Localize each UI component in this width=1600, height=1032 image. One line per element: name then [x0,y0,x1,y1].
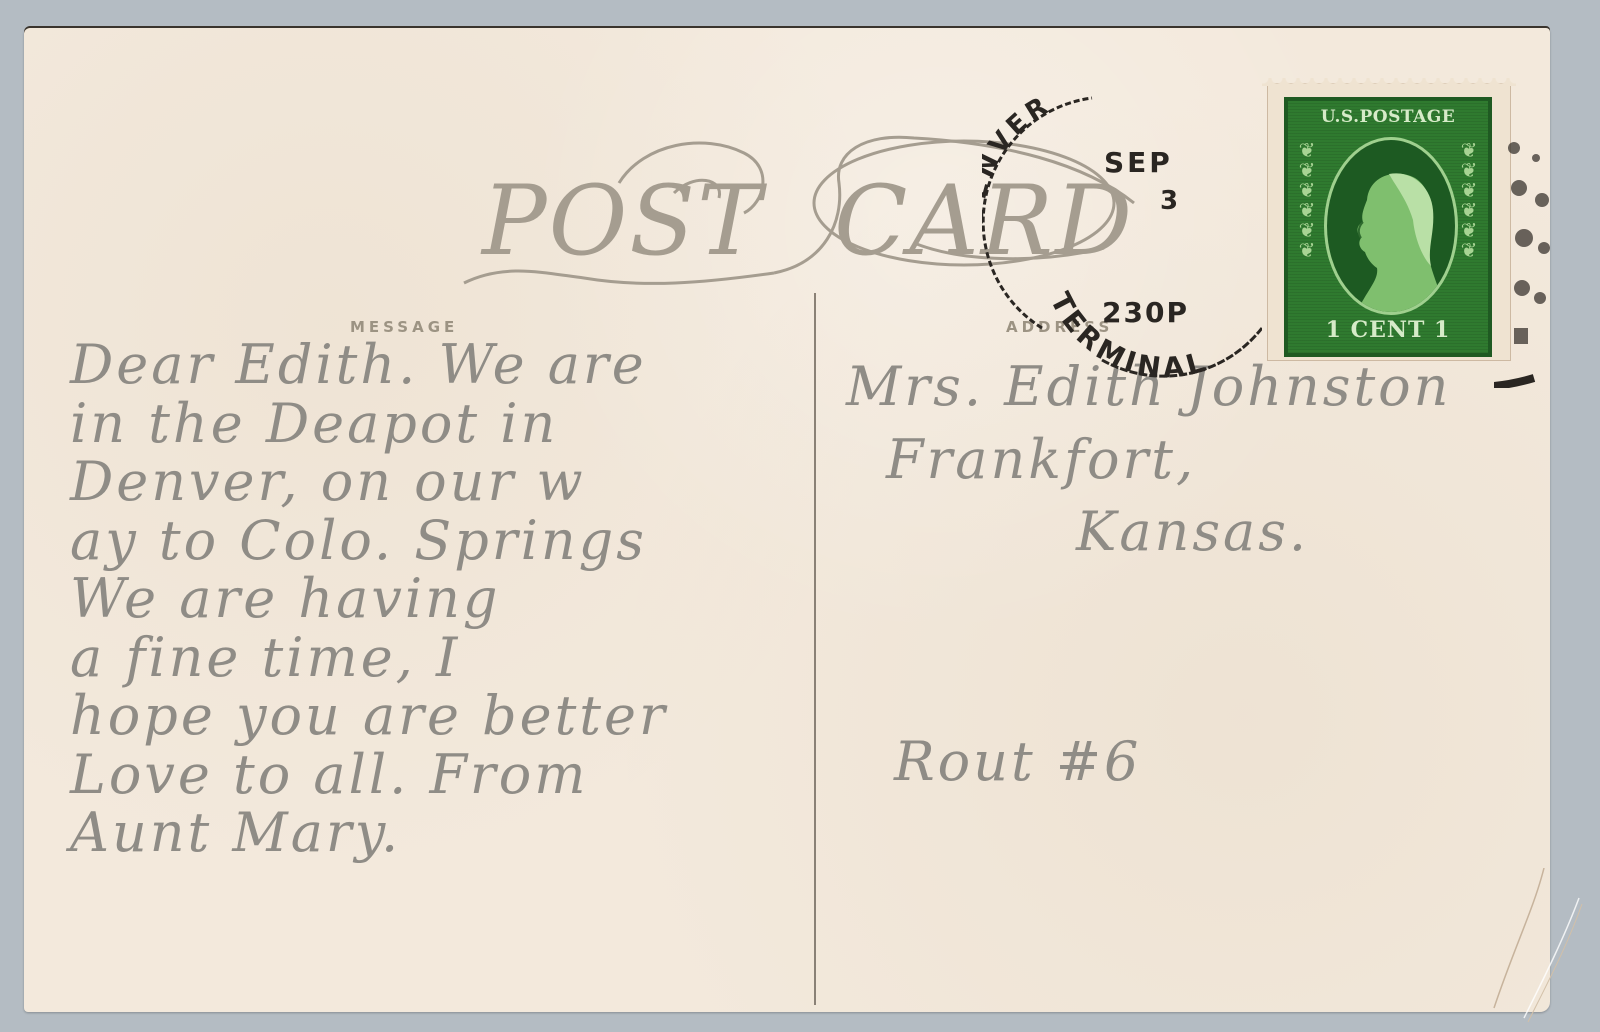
postmark-month: SEP [1104,146,1173,179]
stamp-top-text: U.S.POSTAGE [1288,107,1488,127]
stamp-design: U.S.POSTAGE ❦❦❦❦❦❦ ❦❦❦❦❦❦ 1 CENT 1 [1284,97,1492,357]
postmark-day: 3 [1160,186,1178,216]
postcard-back: POST CARD MESSAGE ADDRESS Dear Edith. We… [24,28,1550,1012]
address-state: Kansas. [1076,503,1526,562]
handwritten-address: Mrs. Edith Johnston Frankfort, Kansas. [846,358,1526,562]
message-line: Denver, on our w [70,453,830,512]
postmark-city: DENVER [982,90,1056,227]
laurel-left-icon: ❦❦❦❦❦❦ [1294,141,1320,301]
handwritten-message: Dear Edith. We are in the Deapot in Denv… [70,336,830,863]
postmark: DENVER TERMINAL SEP 3 230P [982,78,1262,378]
message-line: in the Deapot in [70,395,830,454]
address-city: Frankfort, [886,431,1526,490]
title-post: POST [482,165,763,277]
postmark-circle-icon: DENVER TERMINAL [982,78,1262,378]
svg-text:DENVER: DENVER [982,90,1056,227]
postage-stamp: U.S.POSTAGE ❦❦❦❦❦❦ ❦❦❦❦❦❦ 1 CENT 1 [1268,84,1510,360]
washington-portrait-icon [1327,140,1455,312]
laurel-right-icon: ❦❦❦❦❦❦ [1456,141,1482,301]
message-line: We are having [70,570,830,629]
message-line: hope you are better [70,687,830,746]
message-line: Love to all. From [70,746,830,805]
cancellation-bars-icon [1494,128,1564,388]
postmark-time: 230P [1102,296,1189,329]
message-line: a fine time, I [70,629,830,688]
stamp-portrait-frame [1324,137,1458,315]
message-line: Dear Edith. We are [70,336,830,395]
message-line: Aunt Mary. [70,804,830,863]
paper-crease-icon [1464,868,1584,1028]
address-route: Rout #6 [894,733,1141,792]
stamp-denomination: 1 CENT 1 [1288,317,1488,343]
message-line: ay to Colo. Springs [70,512,830,571]
